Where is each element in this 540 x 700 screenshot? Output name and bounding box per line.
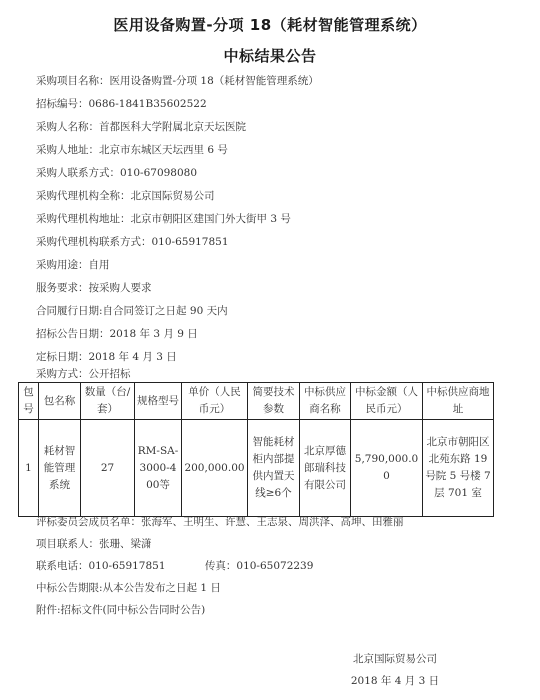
field-label: 服务要求： <box>36 282 89 294</box>
field-label: 中标公告期限: <box>36 582 103 594</box>
field-value: 2018 年 4 月 3 日 <box>89 351 177 363</box>
header-package-no: 包号 <box>19 383 39 420</box>
cell-model: RM-SA-3000-400等 <box>135 420 182 517</box>
field-value: 自合同签订之日起 90 天内 <box>103 305 228 317</box>
document-subtitle: 中标结果公告 <box>0 45 540 66</box>
cell-tech-params: 智能耗材柜内部提供内置天线≥6个 <box>248 420 300 517</box>
table-row: 1 耗材智能管理系统 27 RM-SA-3000-400等 200,000.00… <box>19 420 494 517</box>
field-attachment: 附件:招标文件(同中标公告同时公告) <box>36 603 205 617</box>
cell-quantity: 27 <box>81 420 135 517</box>
header-supplier-name: 中标供应商名称 <box>300 383 351 420</box>
field-value: 自用 <box>89 259 110 271</box>
header-supplier-address: 中标供应商地址 <box>423 383 494 420</box>
cell-unit-price: 200,000.00 <box>182 420 248 517</box>
field-label: 项目联系人： <box>36 538 99 550</box>
award-result-table: 包号 包名称 数量（台/套） 规格型号 单价（人民币元） 简要技术参数 中标供应… <box>18 382 494 517</box>
field-contact-person: 项目联系人：张珊、梁潇 <box>36 537 152 551</box>
field-value: 北京市东城区天坛西里 6 号 <box>99 144 228 156</box>
field-contract-period: 合同履行日期:自合同签订之日起 90 天内 <box>36 304 228 318</box>
field-value: 010-67098080 <box>120 167 197 179</box>
field-agency-name: 采购代理机构全称：北京国际贸易公司 <box>36 189 215 203</box>
field-purpose: 采购用途：自用 <box>36 258 110 272</box>
field-label: 评标委员会成员名单： <box>36 516 141 528</box>
field-committee: 评标委员会成员名单：张海军、王明生、许慧、王志泉、周洪泽、高坤、田雅丽 <box>36 515 404 529</box>
phone-label: 联系电话： <box>36 560 89 572</box>
field-value: 医用设备购置-分项 18（耗材智能管理系统） <box>110 75 319 87</box>
field-label: 采购方式： <box>36 368 89 380</box>
phone-value: 010-65917851 <box>89 560 166 572</box>
field-purchaser-name: 采购人名称：首都医科大学附属北京天坛医院 <box>36 120 246 134</box>
field-label: 采购人名称： <box>36 121 99 133</box>
field-label: 招标公告日期： <box>36 328 110 340</box>
field-label: 采购用途： <box>36 259 89 271</box>
field-value: 从本公告发布之日起 1 日 <box>103 582 221 594</box>
field-value: 2018 年 3 月 9 日 <box>110 328 198 340</box>
field-label: 招标编号： <box>36 98 89 110</box>
field-project-name: 采购项目名称：医用设备购置-分项 18（耗材智能管理系统） <box>36 74 319 88</box>
field-value: 0686-1841B35602522 <box>89 98 207 110</box>
field-value: 张珊、梁潇 <box>99 538 152 550</box>
field-label: 合同履行日期: <box>36 305 103 317</box>
field-label: 定标日期： <box>36 351 89 363</box>
field-value: 按采购人要求 <box>89 282 152 294</box>
field-announcement-date: 招标公告日期：2018 年 3 月 9 日 <box>36 327 198 341</box>
field-purchaser-address: 采购人地址：北京市东城区天坛西里 6 号 <box>36 143 228 157</box>
field-label: 采购人联系方式： <box>36 167 120 179</box>
header-model: 规格型号 <box>135 383 182 420</box>
field-label: 采购人地址： <box>36 144 99 156</box>
cell-amount: 5,790,000.00 <box>351 420 423 517</box>
field-agency-address: 采购代理机构地址：北京市朝阳区建国门外大街甲 3 号 <box>36 212 291 226</box>
field-value: 北京市朝阳区建国门外大街甲 3 号 <box>131 213 291 225</box>
field-value: 公开招标 <box>89 368 131 380</box>
attachment-link[interactable]: 招标文件(同中标公告同时公告) <box>61 604 206 616</box>
cell-supplier-address: 北京市朝阳区北苑东路 19 号院 5 号楼 7 层 701 室 <box>423 420 494 517</box>
fax-value: 010-65072239 <box>236 560 313 572</box>
header-package-name: 包名称 <box>39 383 81 420</box>
field-service-requirement: 服务要求：按采购人要求 <box>36 281 152 295</box>
header-tech-params: 简要技术参数 <box>248 383 300 420</box>
field-value: 张海军、王明生、许慧、王志泉、周洪泽、高坤、田雅丽 <box>141 516 404 528</box>
signoff-organization: 北京国际贸易公司 <box>330 651 460 666</box>
header-amount: 中标金额（人民币元） <box>351 383 423 420</box>
field-value: 010-65917851 <box>152 236 229 248</box>
header-unit-price: 单价（人民币元） <box>182 383 248 420</box>
document-title: 医用设备购置-分项 18（耗材智能管理系统） <box>0 14 540 35</box>
cell-package-name: 耗材智能管理系统 <box>39 420 81 517</box>
header-quantity: 数量（台/套） <box>81 383 135 420</box>
field-label: 采购代理机构全称： <box>36 190 131 202</box>
field-agency-contact: 采购代理机构联系方式：010-65917851 <box>36 235 229 249</box>
cell-supplier-name: 北京厚德郎瑞科技有限公司 <box>300 420 351 517</box>
field-label: 采购代理机构地址： <box>36 213 131 225</box>
signoff-date: 2018 年 4 月 3 日 <box>330 673 460 688</box>
field-procurement-method: 采购方式：公开招标 <box>36 367 131 381</box>
field-label: 附件: <box>36 604 61 616</box>
cell-package-no: 1 <box>19 420 39 517</box>
fax-label: 传真： <box>205 560 237 572</box>
field-award-date: 定标日期：2018 年 4 月 3 日 <box>36 350 177 364</box>
table-header-row: 包号 包名称 数量（台/套） 规格型号 单价（人民币元） 简要技术参数 中标供应… <box>19 383 494 420</box>
field-phone-fax: 联系电话：010-65917851 传真：010-65072239 <box>36 559 313 573</box>
field-tender-number: 招标编号：0686-1841B35602522 <box>36 97 207 111</box>
field-label: 采购代理机构联系方式： <box>36 236 152 248</box>
field-value: 北京国际贸易公司 <box>131 190 215 202</box>
field-label: 采购项目名称： <box>36 75 110 87</box>
field-purchaser-contact: 采购人联系方式：010-67098080 <box>36 166 197 180</box>
field-value: 首都医科大学附属北京天坛医院 <box>99 121 246 133</box>
field-announcement-period: 中标公告期限:从本公告发布之日起 1 日 <box>36 581 221 595</box>
